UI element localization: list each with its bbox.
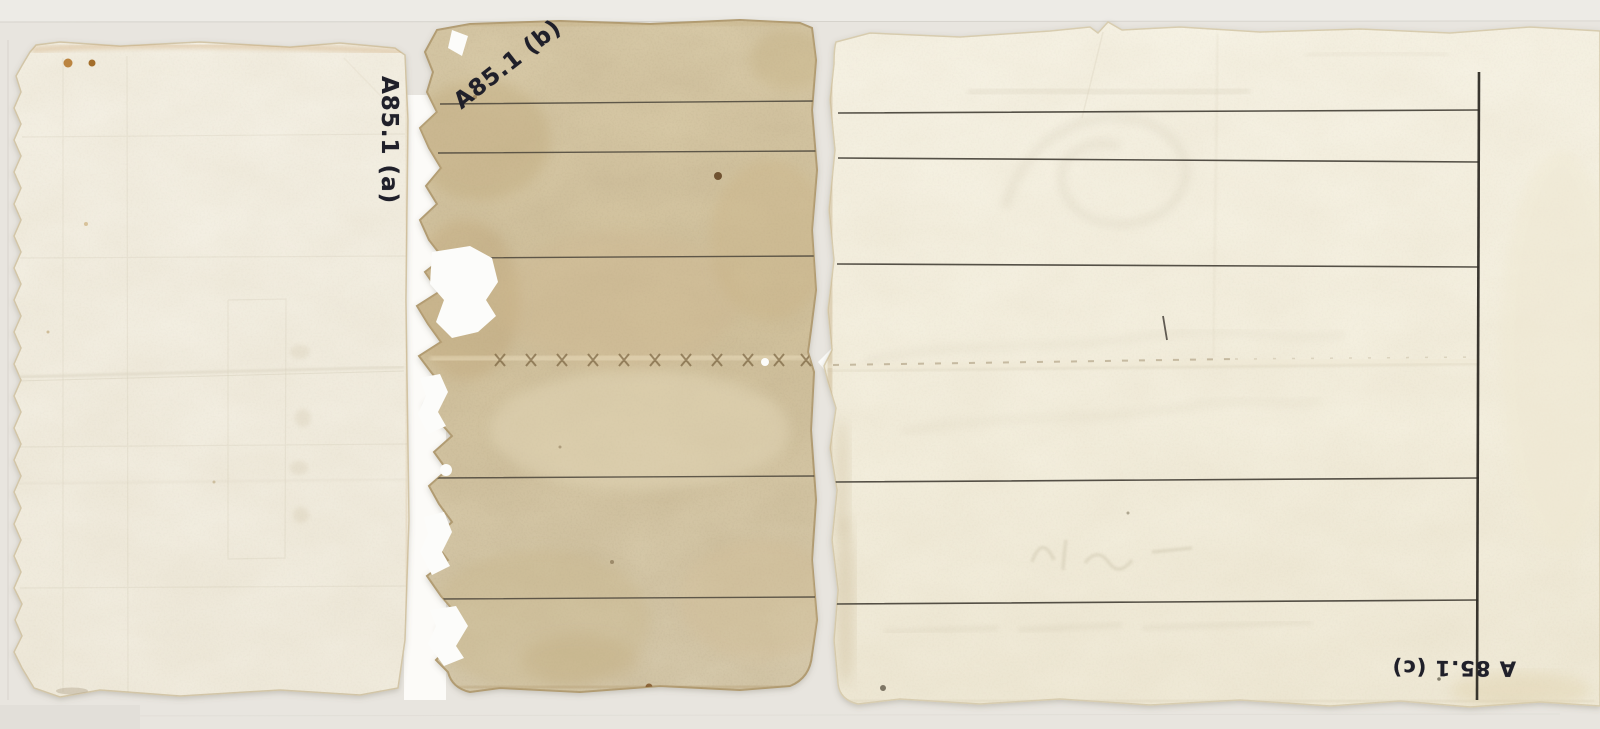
scan-artwork	[0, 0, 1600, 729]
counterfoil-b	[410, 20, 840, 692]
document-scan: A85.1 (a) A85.1 (b) A 85.1 (c)	[0, 0, 1600, 729]
bottom-edge-toning	[450, 686, 800, 688]
archive-label-a: A85.1 (a)	[376, 76, 402, 204]
crumple-shade-2	[834, 420, 850, 540]
counterfoil-a	[14, 42, 409, 697]
counterfoil-c	[824, 22, 1600, 708]
paper-a-grain	[14, 42, 409, 697]
scan-bed-top-strip	[0, 0, 1600, 22]
scan-corner-shade	[0, 705, 140, 729]
crumple-shade-1	[835, 515, 855, 685]
archive-label-c: A 85.1 (c)	[1384, 649, 1516, 680]
